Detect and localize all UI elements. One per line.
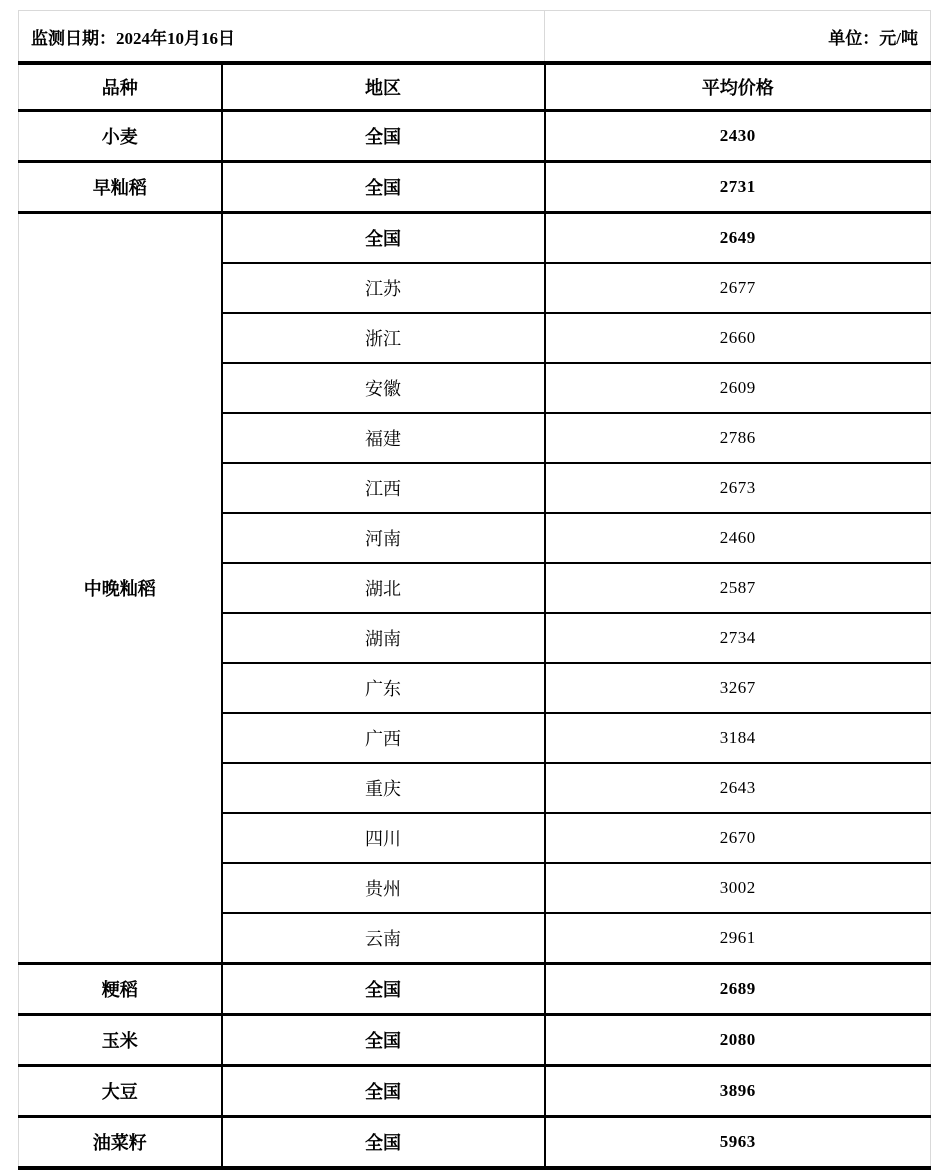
page: { "meta": { "date_label": "监测日期：2024年10月…	[0, 0, 942, 1134]
price-cell: 3896	[545, 1066, 931, 1117]
variety-cell: 粳稻	[19, 964, 222, 1015]
price-cell: 2460	[545, 513, 931, 563]
col-header-variety: 品种	[19, 63, 222, 111]
variety-cell: 大豆	[19, 1066, 222, 1117]
variety-cell-midlate-indica: 中晚籼稻	[19, 213, 222, 964]
price-cell: 2734	[545, 613, 931, 663]
table-row-japonica: 粳稻 全国 2689	[19, 964, 931, 1015]
region-cell: 河南	[222, 513, 545, 563]
variety-cell: 早籼稻	[19, 162, 222, 213]
region-cell: 四川	[222, 813, 545, 863]
price-cell: 5963	[545, 1117, 931, 1169]
col-header-region: 地区	[222, 63, 545, 111]
price-cell: 2643	[545, 763, 931, 813]
region-cell: 全国	[222, 1015, 545, 1066]
price-cell: 2786	[545, 413, 931, 463]
table-row-midlate-indica-national: 中晚籼稻 全国 2649	[19, 213, 931, 264]
region-cell: 安徽	[222, 363, 545, 413]
region-cell: 浙江	[222, 313, 545, 363]
region-cell: 云南	[222, 913, 545, 964]
info-row: 监测日期：2024年10月16日 单位：元/吨	[19, 11, 931, 64]
table-row-soybean: 大豆 全国 3896	[19, 1066, 931, 1117]
table-row-corn: 玉米 全国 2080	[19, 1015, 931, 1066]
price-cell: 2673	[545, 463, 931, 513]
region-cell: 全国	[222, 964, 545, 1015]
region-cell: 全国	[222, 1066, 545, 1117]
monitor-date-label: 监测日期：2024年10月16日	[19, 11, 545, 64]
region-cell: 贵州	[222, 863, 545, 913]
region-cell: 广东	[222, 663, 545, 713]
region-cell: 湖北	[222, 563, 545, 613]
document-page: 监测日期：2024年10月16日 单位：元/吨 品种 地区 平均价格 小麦 全国…	[0, 0, 942, 1134]
region-cell: 全国	[222, 213, 545, 264]
region-cell: 广西	[222, 713, 545, 763]
region-cell: 全国	[222, 1117, 545, 1169]
column-header-row: 品种 地区 平均价格	[19, 63, 931, 111]
table-row-early-indica: 早籼稻 全国 2731	[19, 162, 931, 213]
region-cell: 江苏	[222, 263, 545, 313]
table-row-wheat: 小麦 全国 2430	[19, 111, 931, 162]
unit-label: 单位：元/吨	[545, 11, 931, 64]
price-cell: 2677	[545, 263, 931, 313]
price-cell: 2609	[545, 363, 931, 413]
price-cell: 2080	[545, 1015, 931, 1066]
region-cell: 湖南	[222, 613, 545, 663]
col-header-avg-price: 平均价格	[545, 63, 931, 111]
price-cell: 2731	[545, 162, 931, 213]
variety-cell: 油菜籽	[19, 1117, 222, 1169]
price-cell: 2689	[545, 964, 931, 1015]
price-cell: 2660	[545, 313, 931, 363]
price-cell: 3002	[545, 863, 931, 913]
region-cell: 全国	[222, 162, 545, 213]
region-cell: 福建	[222, 413, 545, 463]
region-cell: 江西	[222, 463, 545, 513]
price-cell: 2649	[545, 213, 931, 264]
price-cell: 2430	[545, 111, 931, 162]
grain-price-table: 监测日期：2024年10月16日 单位：元/吨 品种 地区 平均价格 小麦 全国…	[18, 10, 931, 1170]
region-cell: 全国	[222, 111, 545, 162]
variety-cell: 玉米	[19, 1015, 222, 1066]
variety-cell: 小麦	[19, 111, 222, 162]
price-cell: 3267	[545, 663, 931, 713]
region-cell: 重庆	[222, 763, 545, 813]
price-cell: 3184	[545, 713, 931, 763]
table-row-rapeseed: 油菜籽 全国 5963	[19, 1117, 931, 1169]
price-cell: 2587	[545, 563, 931, 613]
price-cell: 2961	[545, 913, 931, 964]
price-cell: 2670	[545, 813, 931, 863]
